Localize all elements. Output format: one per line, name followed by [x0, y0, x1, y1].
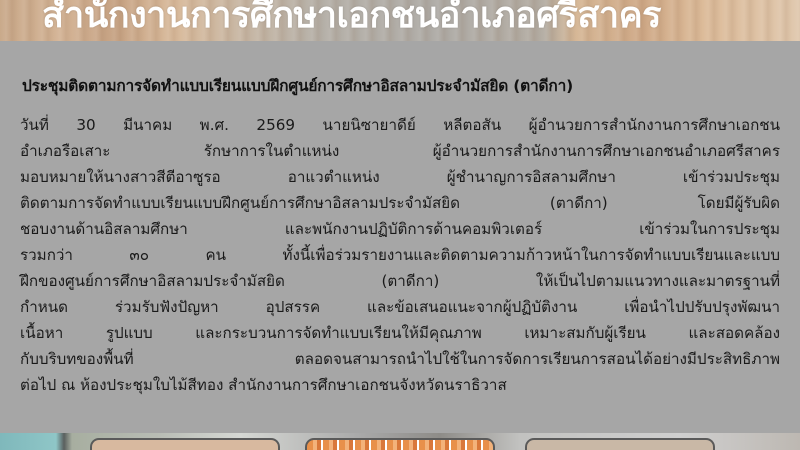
article-body: วันที่ 30 มีนาคม พ.ศ. 2569 นายนิซายาดีย์…	[20, 112, 780, 398]
body-line: ฝึกของศูนย์การศึกษาอิสลามประจำมัสยิด (ตา…	[20, 268, 780, 294]
header-banner: สำนักงานการศึกษาเอกชนอำเภอศรีสาคร	[0, 0, 800, 41]
body-line: รวมกว่า ๓๐ คน ทั้งนี้เพื่อร่วมรายงานและต…	[20, 242, 780, 268]
article-panel: ประชุมติดตามการจัดทำแบบเรียนแบบฝึกศูนย์ก…	[0, 41, 800, 433]
body-line: อำเภอรือเสาะ รักษาการในตำแหน่ง ผู้อำนวยก…	[20, 138, 780, 164]
photo-thumbnail[interactable]	[90, 438, 280, 450]
photo-thumbnail[interactable]	[525, 438, 715, 450]
body-line: วันที่ 30 มีนาคม พ.ศ. 2569 นายนิซายาดีย์…	[20, 112, 780, 138]
article-title: ประชุมติดตามการจัดทำแบบเรียนแบบฝึกศูนย์ก…	[22, 73, 792, 98]
photo-collage	[0, 433, 800, 450]
body-line: ต่อไป ณ ห้องประชุมใบไม้สีทอง สำนักงานการ…	[20, 372, 780, 398]
body-line: ติดตามการจัดทำแบบเรียนแบบฝึกศูนย์การศึกษ…	[20, 190, 780, 216]
body-line: ชอบงานด้านอิสลามศึกษา และพนักงานปฏิบัติก…	[20, 216, 780, 242]
body-line: กับบริบทของพื้นที่ ตลอดจนสามารถนำไปใช้ใน…	[20, 346, 780, 372]
body-line: มอบหมายให้นางสาวสีตีอาซูรอ อาแวตำแหน่ง ผ…	[20, 164, 780, 190]
body-line: กำหนด ร่วมรับฟังปัญหา อุปสรรค และข้อเสนอ…	[20, 294, 780, 320]
body-line: เนื้อหา รูปแบบ และกระบวนการจัดทำแบบเรียน…	[20, 320, 780, 346]
site-title: สำนักงานการศึกษาเอกชนอำเภอศรีสาคร	[42, 0, 661, 41]
photo-thumbnail[interactable]	[305, 438, 495, 450]
